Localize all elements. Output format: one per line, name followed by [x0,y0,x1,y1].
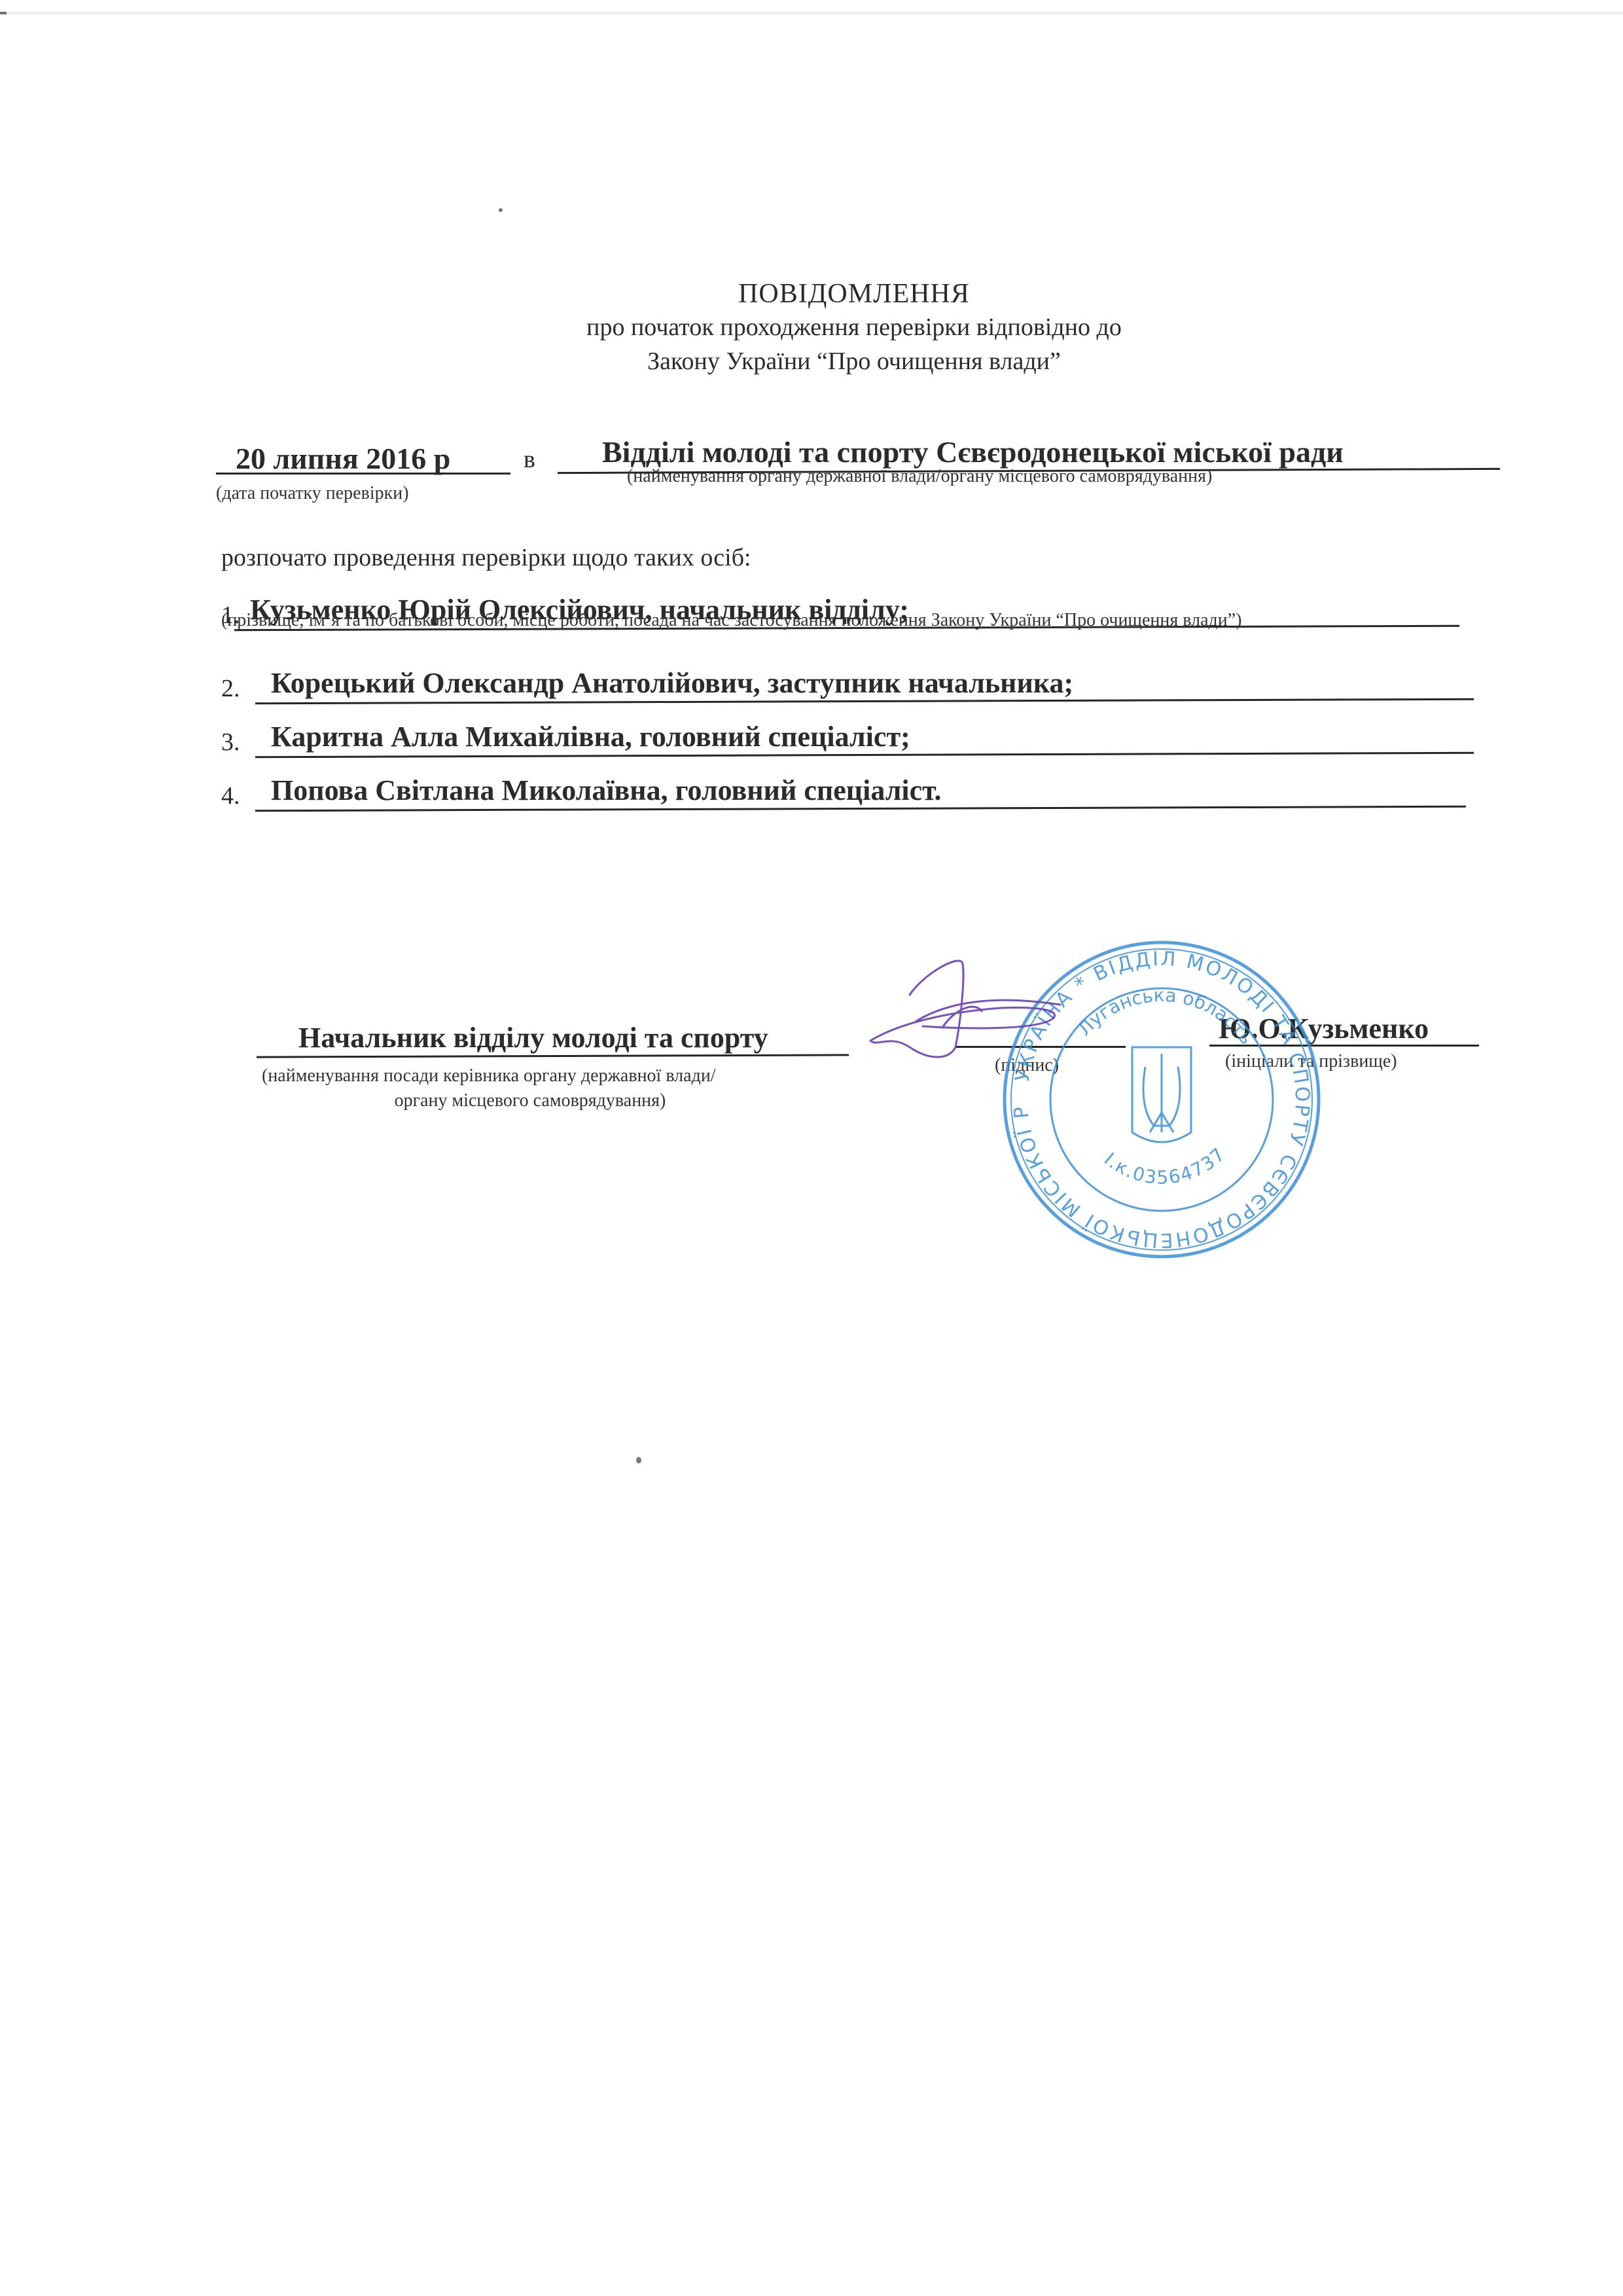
document-subtitle-line2: Закону України “Про очищення влади” [0,347,1623,376]
document-subtitle-line1: про початок проходження перевірки відпов… [0,313,1623,342]
position-caption-line2: органу місцевого самоврядування) [262,1090,798,1111]
position-title: Начальник відділу молоді та спорту [298,1021,768,1054]
person-text: Попова Світлана Миколаївна, головний спе… [271,774,941,807]
person-number: 3. [221,728,240,757]
position-underline [257,1054,849,1058]
person-number: 4. [221,781,240,810]
scan-speck [636,1457,641,1463]
organization-name: Відділі молоді та спорту Сєвєродонецької… [602,435,1344,469]
preposition: в [524,445,535,474]
date-caption: (дата початку перевірки) [216,483,409,504]
person-text: Корецький Олександр Анатолійович, заступ… [271,666,1073,700]
persons-caption: (прізвище, ім’я та по батькові особи, мі… [221,610,1242,631]
person-text: Каритна Алла Михайлівна, головний спеціа… [271,720,910,753]
check-start-date: 20 липня 2016 р [236,441,450,476]
intro-text: розпочато проведення перевірки щодо таки… [221,543,751,572]
person-number: 2. [221,674,240,703]
scan-edge [0,12,1623,14]
organization-caption: (найменування органу державної влади/орг… [627,466,1212,487]
handwritten-signature-icon [864,949,1139,1080]
position-caption-line1: (найменування посади керівника органу де… [262,1066,716,1086]
svg-text:І.к.03564737: І.к.03564737 [1100,1143,1230,1189]
document-title: ПОВІДОМЛЕННЯ [0,278,1623,310]
scan-speck [499,208,503,212]
